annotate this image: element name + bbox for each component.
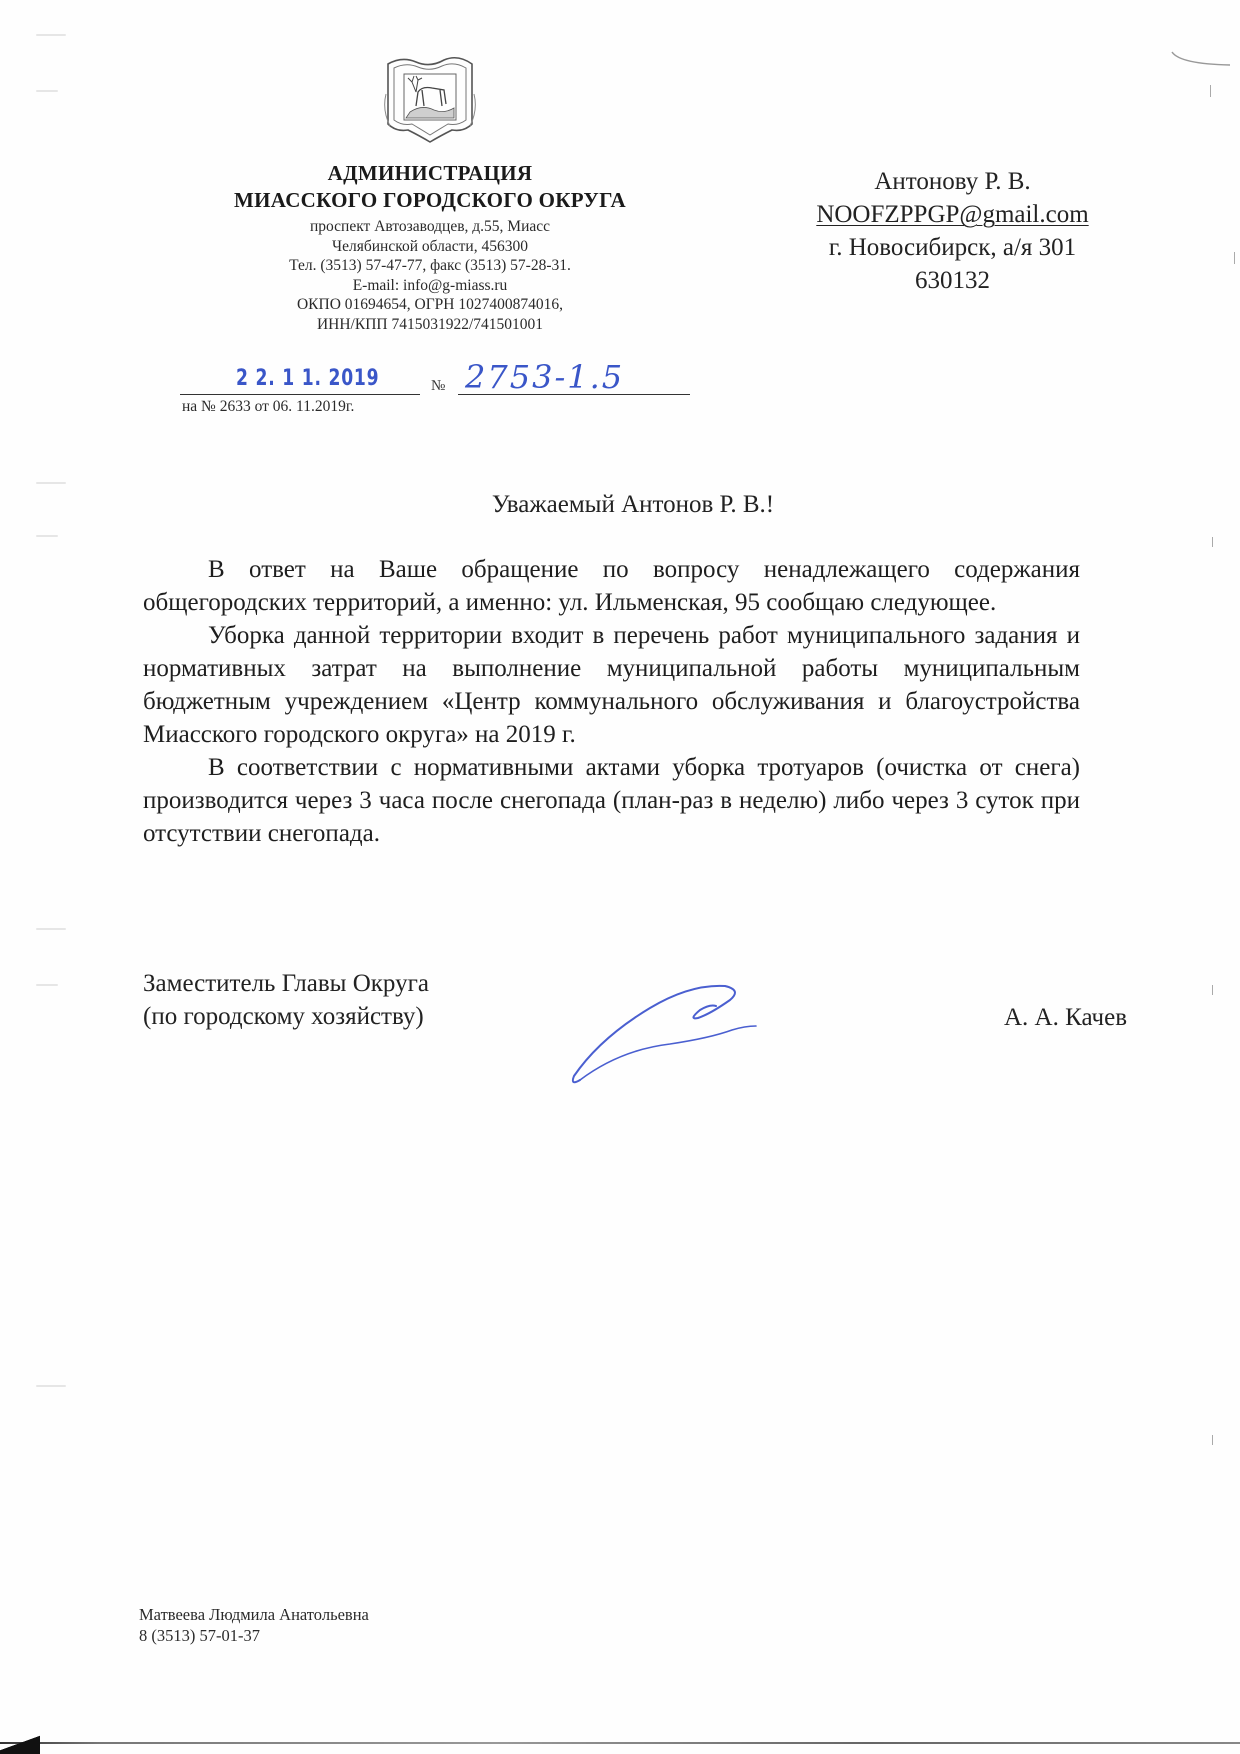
recipient-email: NOOFZPPGP@gmail.com xyxy=(775,198,1130,231)
scan-artifact xyxy=(1234,252,1235,264)
org-details: проспект Автозаводцев, д.55, Миасс Челяб… xyxy=(170,217,690,334)
scan-artifact xyxy=(1210,85,1211,97)
handwritten-signature-icon xyxy=(560,968,780,1088)
org-name-line2: МИАССКОГО ГОРОДСКОГО ОКРУГА xyxy=(170,187,690,214)
letter-body: В ответ на Ваше обращение по вопросу нен… xyxy=(143,553,1080,850)
scan-artifact xyxy=(36,482,66,484)
scan-edge xyxy=(0,1742,1240,1744)
signatory-title: Заместитель Главы Округа (по городскому … xyxy=(143,967,429,1033)
org-address-line2: Челябинской области, 456300 xyxy=(170,237,690,257)
scan-artifact xyxy=(1170,40,1240,70)
scan-artifact xyxy=(1212,537,1213,547)
number-label: № xyxy=(431,378,445,395)
body-paragraph: Уборка данной территории входит в перече… xyxy=(143,619,1080,751)
signatory-title-line1: Заместитель Главы Округа xyxy=(143,967,429,1000)
org-name-line1: АДМИНИСТРАЦИЯ xyxy=(170,160,690,187)
registration-date-stamp: 2 2. 1 1. 2019 xyxy=(236,366,379,391)
scan-artifact xyxy=(36,984,58,986)
letterhead: АДМИНИСТРАЦИЯ МИАССКОГО ГОРОДСКОГО ОКРУГ… xyxy=(170,160,690,334)
recipient-name: Антонову Р. В. xyxy=(775,165,1130,198)
scan-artifact xyxy=(1212,1435,1213,1445)
org-inn-kpp: ИНН/КПП 7415031922/741501001 xyxy=(170,315,690,335)
coat-of-arms-icon xyxy=(382,54,478,144)
scan-artifact xyxy=(36,90,58,92)
scan-artifact xyxy=(36,34,66,36)
executor-name: Матвеева Людмила Анатольевна xyxy=(139,1604,369,1625)
org-phone-fax: Тел. (3513) 57-47-77, факс (3513) 57-28-… xyxy=(170,256,690,276)
scan-edge xyxy=(0,1735,40,1754)
reference-number: на № 2633 от 06. 11.2019г. xyxy=(182,398,354,416)
scan-artifact xyxy=(36,535,58,537)
registration-block: 2 2. 1 1. 2019 № 2753-1.5 на № 2633 от 0… xyxy=(180,364,680,424)
registration-number-handwritten: 2753-1.5 xyxy=(465,358,624,396)
executor-phone: 8 (3513) 57-01-37 xyxy=(139,1625,369,1646)
executor-block: Матвеева Людмила Анатольевна 8 (3513) 57… xyxy=(139,1604,369,1646)
signatory-name: А. А. Качев xyxy=(1004,1004,1127,1032)
recipient-block: Антонову Р. В. NOOFZPPGP@gmail.com г. Но… xyxy=(775,165,1130,297)
scan-artifact xyxy=(1212,985,1213,995)
org-address-line1: проспект Автозаводцев, д.55, Миасс xyxy=(170,217,690,237)
letter-page: АДМИНИСТРАЦИЯ МИАССКОГО ГОРОДСКОГО ОКРУГ… xyxy=(0,0,1240,1754)
org-okpo-ogrn: ОКПО 01694654, ОГРН 1027400874016, xyxy=(170,295,690,315)
body-paragraph: В ответ на Ваше обращение по вопросу нен… xyxy=(143,553,1080,619)
scan-artifact xyxy=(36,928,66,930)
recipient-postcode: 630132 xyxy=(775,264,1130,297)
salutation: Уважаемый Антонов Р. В.! xyxy=(0,491,1240,519)
signatory-title-line2: (по городскому хозяйству) xyxy=(143,1000,429,1033)
recipient-address: г. Новосибирск, а/я 301 xyxy=(775,231,1130,264)
scan-artifact xyxy=(36,1385,66,1387)
body-paragraph: В соответствии с нормативными актами убо… xyxy=(143,751,1080,850)
org-email: E-mail: info@g-miass.ru xyxy=(170,276,690,296)
date-underline xyxy=(180,394,420,395)
